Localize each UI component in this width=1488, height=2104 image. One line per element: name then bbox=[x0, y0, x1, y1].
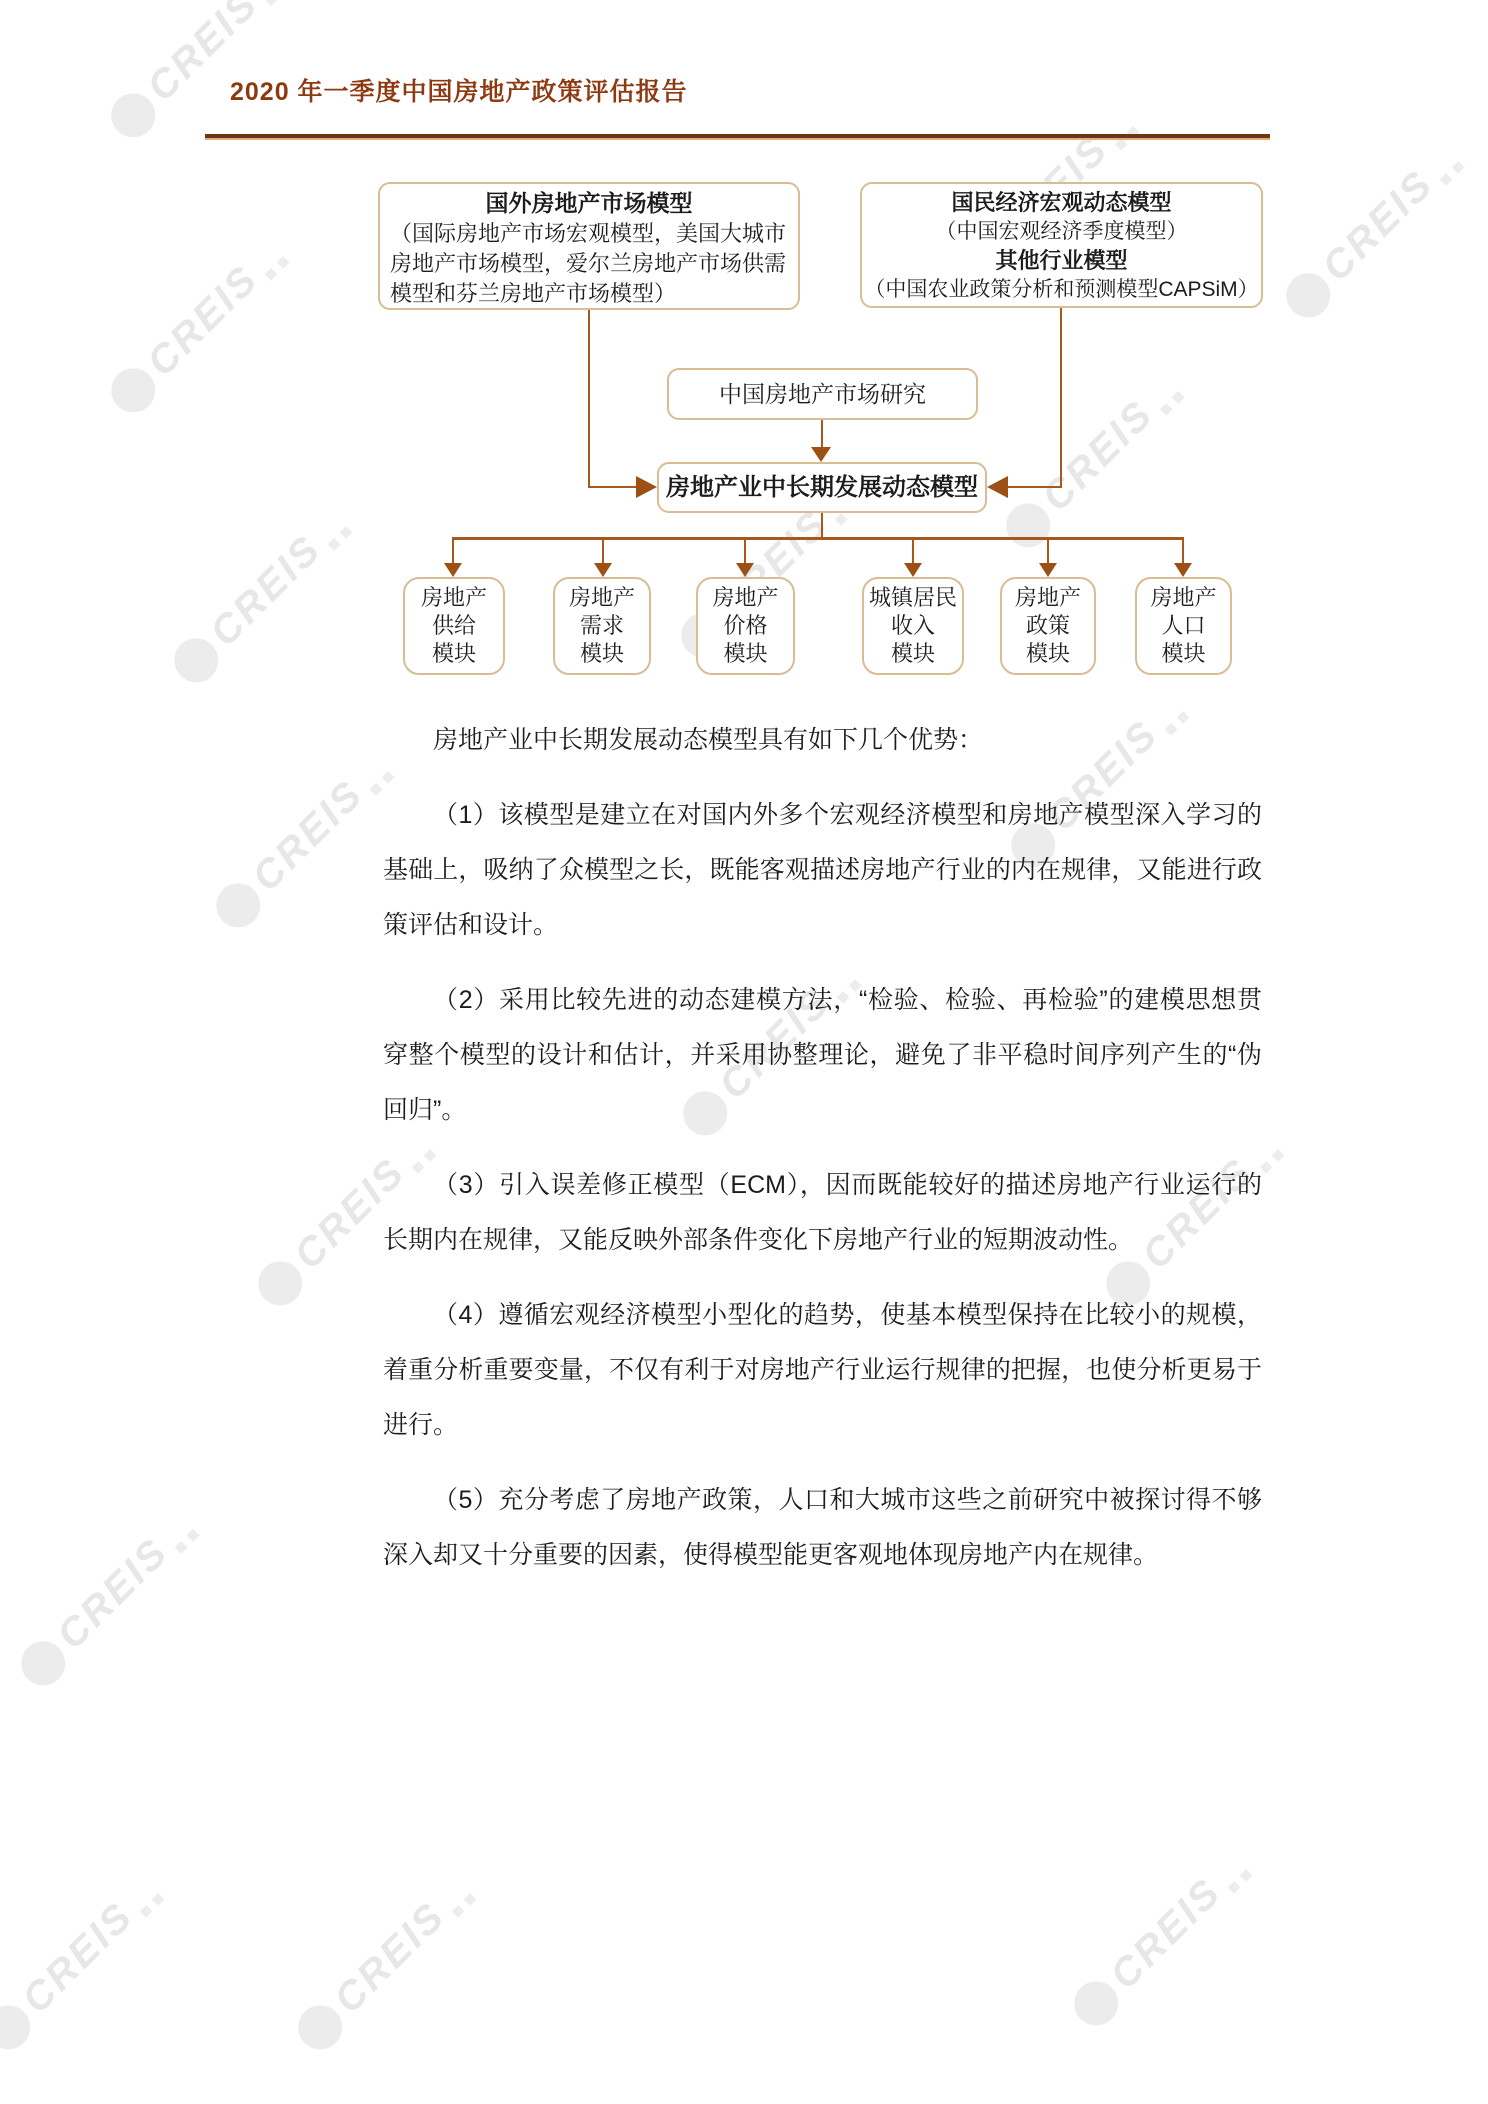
advantage-paragraph-5: （5）充分考虑了房地产政策，人口和大城市这些之前研究中被探讨得不够深入却又十分重… bbox=[383, 1473, 1262, 1583]
flow-box-other-industry-sub: （中国农业政策分析和预测模型CAPSiM） bbox=[864, 275, 1259, 304]
module-box-supply: 房地产 供给 模块 bbox=[403, 577, 505, 675]
connector-left-horizontal bbox=[588, 486, 638, 488]
flow-box-macro-models: 国民经济宏观动态模型 （中国宏观经济季度模型） 其他行业模型 （中国农业政策分析… bbox=[860, 182, 1263, 308]
creis-watermark: CREIS bbox=[0, 1870, 166, 2059]
connector-right-horizontal bbox=[1007, 486, 1062, 488]
connector-drop-3 bbox=[744, 539, 746, 564]
arrowhead-module-2-icon bbox=[594, 563, 612, 577]
creis-watermark: CREIS bbox=[289, 1870, 478, 2059]
module-box-income: 城镇居民 收入 模块 bbox=[862, 577, 964, 675]
body-text: 房地产业中长期发展动态模型具有如下几个优势： （1）该模型是建立在对国内外多个宏… bbox=[383, 713, 1262, 1603]
arrowhead-module-4-icon bbox=[904, 563, 922, 577]
connector-main-stub bbox=[821, 513, 823, 539]
flow-box-foreign-models-title: 国外房地产市场模型 bbox=[390, 188, 788, 219]
connector-drop-5 bbox=[1047, 539, 1049, 564]
arrowhead-module-5-icon bbox=[1039, 563, 1057, 577]
module-box-demand: 房地产 需求 模块 bbox=[553, 577, 651, 675]
flow-box-main-model: 房地产业中长期发展动态模型 bbox=[657, 462, 987, 513]
arrowhead-module-3-icon bbox=[736, 563, 754, 577]
creis-watermark: CREIS bbox=[165, 503, 354, 692]
flow-box-other-industry-title: 其他行业模型 bbox=[864, 246, 1259, 275]
report-page: CREIS CREIS CREIS CREIS CREIS CREIS CREI… bbox=[0, 0, 1488, 2104]
module-box-price: 房地产 价格 模块 bbox=[696, 577, 795, 675]
creis-watermark: CREIS bbox=[12, 1506, 201, 1695]
advantage-paragraph-1: （1）该模型是建立在对国内外多个宏观经济模型和房地产模型深入学习的基础上，吸纳了… bbox=[383, 788, 1262, 953]
advantage-paragraph-4: （4）遵循宏观经济模型小型化的趋势，使基本模型保持在比较小的规模，着重分析重要变… bbox=[383, 1288, 1262, 1453]
advantage-paragraph-2: （2）采用比较先进的动态建模方法，“检验、检验、再检验”的建模思想贯穿整个模型的… bbox=[383, 973, 1262, 1138]
intro-paragraph: 房地产业中长期发展动态模型具有如下几个优势： bbox=[383, 713, 1262, 768]
connector-drop-2 bbox=[602, 539, 604, 564]
advantage-paragraph-3: （3）引入误差修正模型（ECM），因而既能较好的描述房地产行业运行的长期内在规律… bbox=[383, 1158, 1262, 1268]
connector-right-vertical bbox=[1060, 308, 1062, 487]
creis-watermark: CREIS bbox=[207, 748, 396, 937]
creis-watermark: CREIS bbox=[1277, 138, 1466, 327]
connector-drop-4 bbox=[912, 539, 914, 564]
creis-watermark: CREIS bbox=[997, 368, 1186, 557]
flow-box-china-research: 中国房地产市场研究 bbox=[667, 368, 978, 420]
creis-watermark: CREIS bbox=[1065, 1846, 1254, 2035]
flow-box-macro-title: 国民经济宏观动态模型 bbox=[864, 188, 1259, 217]
flow-box-foreign-models: 国外房地产市场模型 （国际房地产市场宏观模型，美国大城市房地产市场模型，爱尔兰房… bbox=[378, 182, 800, 310]
module-box-population: 房地产 人口 模块 bbox=[1135, 577, 1232, 675]
arrowhead-module-1-icon bbox=[444, 563, 462, 577]
flow-box-macro-sub: （中国宏观经济季度模型） bbox=[864, 217, 1259, 246]
connector-drop-6 bbox=[1182, 539, 1184, 564]
page-title: 2020 年一季度中国房地产政策评估报告 bbox=[230, 72, 688, 108]
arrowhead-module-6-icon bbox=[1174, 563, 1192, 577]
watermark-logo-circle bbox=[102, 84, 164, 146]
creis-watermark: CREIS bbox=[102, 233, 291, 422]
header-rule bbox=[205, 134, 1270, 140]
arrowhead-into-main-top-icon bbox=[811, 447, 831, 462]
arrowhead-into-main-left-icon bbox=[636, 476, 657, 498]
arrowhead-into-main-right-icon bbox=[987, 476, 1008, 498]
connector-drop-1 bbox=[452, 539, 454, 564]
flow-box-foreign-models-body: （国际房地产市场宏观模型，美国大城市房地产市场模型，爱尔兰房地产市场供需模型和芬… bbox=[390, 219, 788, 309]
connector-research-to-main bbox=[821, 420, 823, 448]
module-box-policy: 房地产 政策 模块 bbox=[1000, 577, 1096, 675]
connector-left-vertical bbox=[588, 310, 590, 487]
connector-distribution-bar bbox=[452, 537, 1184, 540]
